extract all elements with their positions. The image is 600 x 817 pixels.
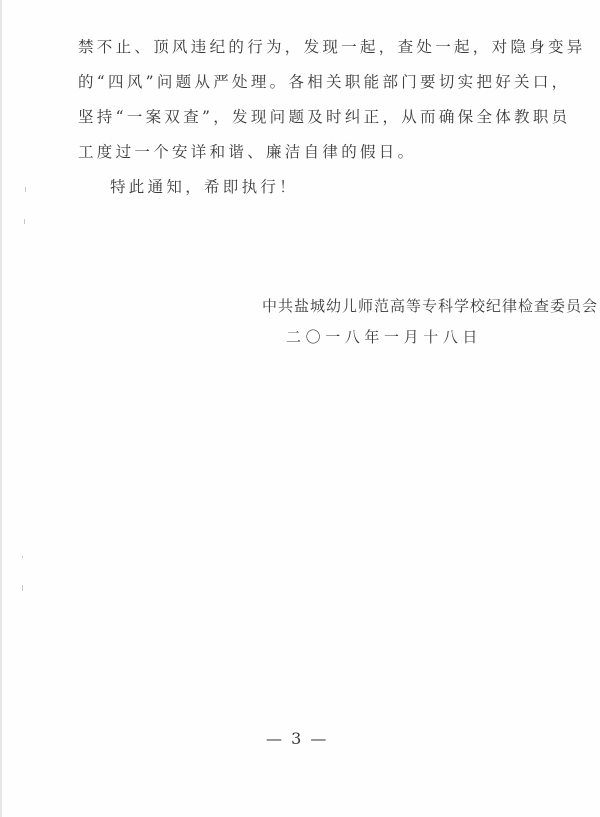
- body-line-4: 工度过一个安详和谐、廉洁自律的假日。: [78, 142, 416, 162]
- document-page: 禁不止、顶风违纪的行为，发现一起，查处一起，对隐身变异 的“四风”问题从严处理。…: [0, 0, 600, 817]
- page-edge: [0, 0, 2, 817]
- body-line-2: 的“四风”问题从严处理。各相关职能部门要切实把好关口，: [78, 72, 570, 92]
- scan-mark: [22, 585, 23, 591]
- page-number: — 3 —: [266, 729, 328, 748]
- body-line-1: 禁不止、顶风违纪的行为，发现一起，查处一起，对隐身变异: [78, 37, 586, 57]
- body-line-3: 坚持“一案双查”，发现问题及时纠正，从而确保全体教职员: [78, 107, 570, 127]
- scan-mark: [25, 187, 26, 192]
- issuing-organization: 中共盐城幼儿师范高等专科学校纪律检查委员会: [262, 295, 598, 316]
- scan-mark: [22, 556, 23, 558]
- closing-line: 特此通知，希即执行！: [110, 177, 298, 197]
- scan-mark: [24, 219, 25, 224]
- issue-date: 二〇一八年一月十八日: [286, 326, 482, 347]
